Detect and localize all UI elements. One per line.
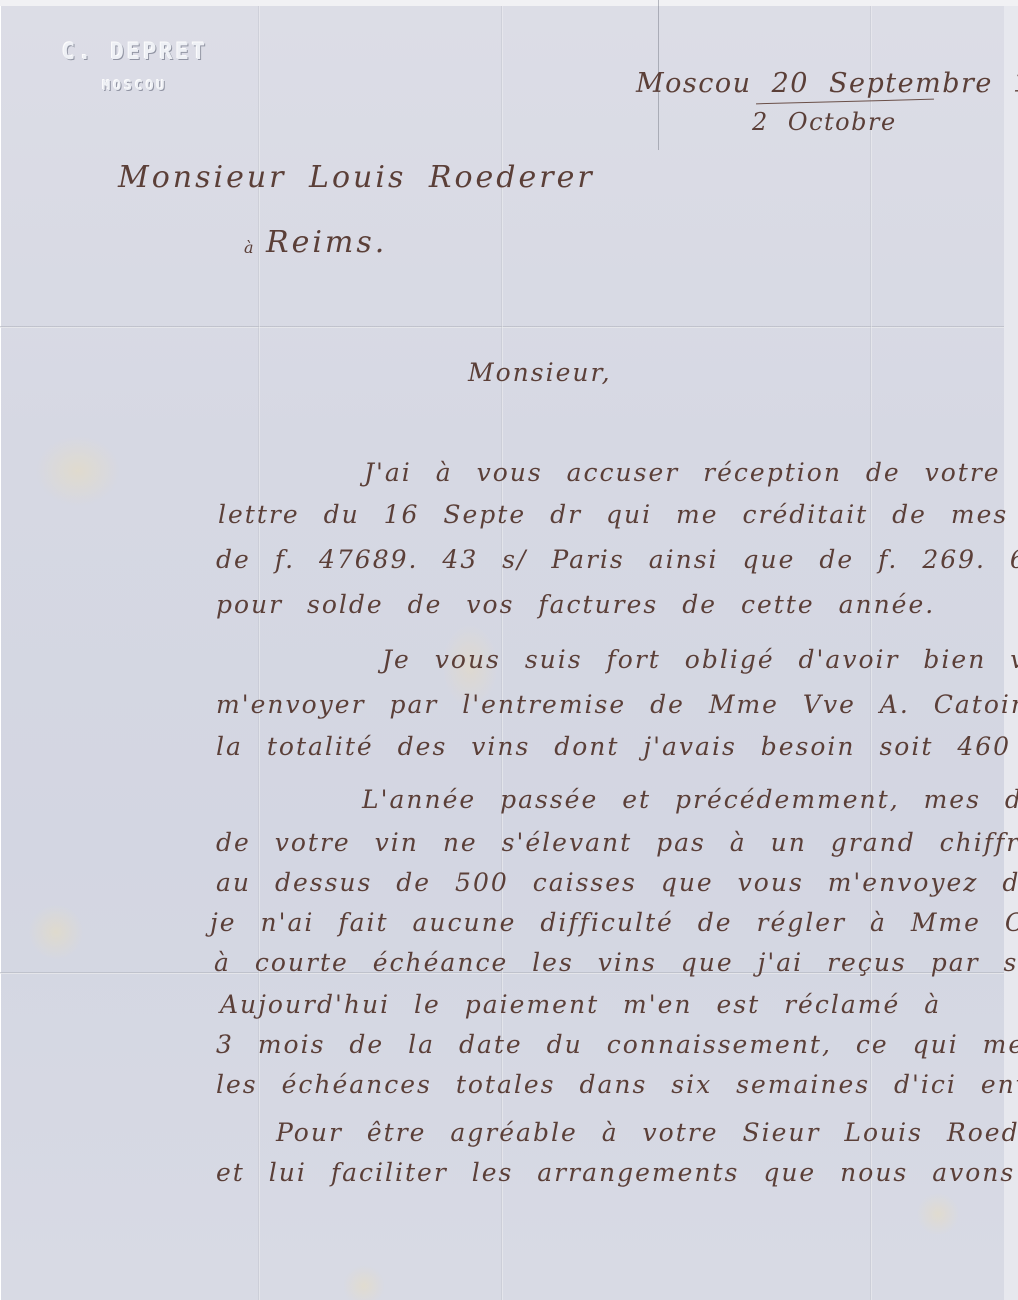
body-line: Je vous suis fort obligé d'avoir bien vo…: [382, 645, 1018, 674]
letterhead-name: C. DEPRET: [50, 40, 220, 65]
embossed-letterhead: C. DEPRET MOSCOU: [50, 40, 220, 94]
body-line: à courte échéance les vins que j'ai reçu…: [214, 948, 1018, 977]
letterhead-city: MOSCOU: [50, 79, 220, 94]
body-line: pour solde de vos factures de cette anné…: [216, 590, 935, 619]
recipient-place: Reims.: [266, 225, 387, 260]
body-line: Pour être agréable à votre Sieur Louis R…: [276, 1118, 1018, 1147]
body-line: je n'ai fait aucune difficulté de régler…: [210, 908, 1018, 937]
recipient-name: Monsieur Louis Roederer: [118, 160, 595, 195]
body-line: Aujourd'hui le paiement m'en est réclamé…: [220, 990, 941, 1019]
body-line: les échéances totales dans six semaines …: [216, 1070, 1018, 1099]
body-line: L'année passée et précédemment, mes dema…: [362, 785, 1018, 814]
body-line: lettre du 16 Septe dr qui me créditait d…: [218, 500, 1018, 529]
body-line: J'ai à vous accuser réception de votre: [364, 458, 1001, 487]
body-line: la totalité des vins dont j'avais besoin…: [216, 732, 1018, 761]
body-line: 3 mois de la date du connaissement, ce q…: [216, 1030, 1018, 1059]
body-line: et lui faciliter les arrangements que no…: [216, 1158, 1015, 1187]
vertical-fold-line: [258, 6, 260, 1300]
dateline-place-date: Moscou 20 Septembre 1863: [636, 68, 1018, 99]
salutation: Monsieur,: [468, 358, 612, 387]
body-line: au dessus de 500 caisses que vous m'envo…: [216, 868, 1018, 897]
body-line: de f. 47689. 43 s/ Paris ainsi que de f.…: [216, 545, 1018, 574]
dateline-second-date: 2 Octobre: [752, 108, 897, 136]
recipient-place-prefix: à: [244, 238, 255, 257]
body-line: m'envoyer par l'entremise de Mme Vve A. …: [216, 690, 1018, 719]
body-line: de votre vin ne s'élevant pas à un grand…: [216, 828, 1018, 857]
